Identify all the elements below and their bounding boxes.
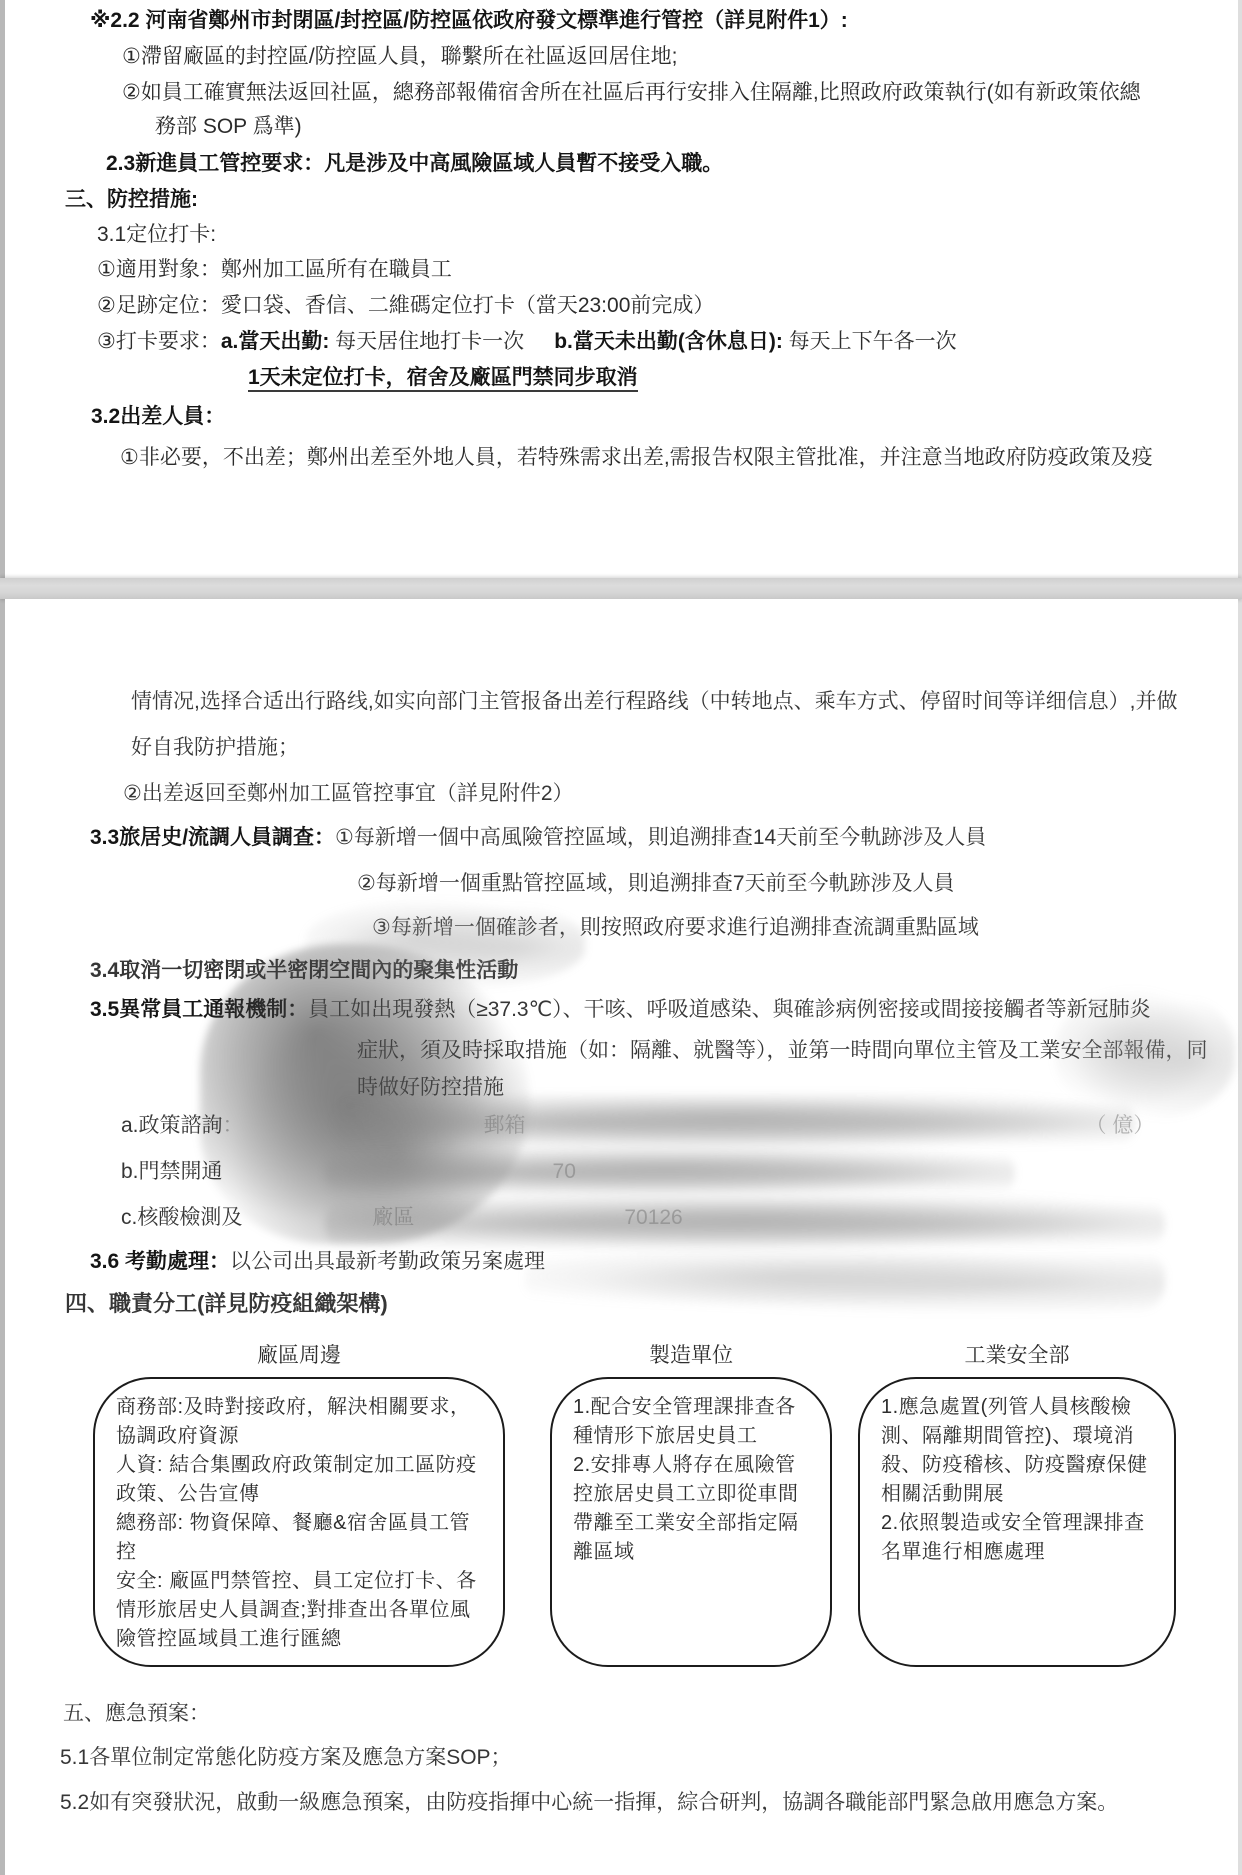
contact-b-faint-number: 70 [553, 1160, 576, 1183]
section-2-2-item-1: ①滯留廠區的封控區/防控區人員，聯繫所在社區返回居住地; [122, 42, 678, 72]
travel-item-2: ②出差返回至鄭州加工區管控事宜（詳見附件2） [123, 779, 574, 809]
item-3-b-label: b.當天未出勤(含休息日): [554, 330, 783, 353]
section-3-3-item-3: ③每新增一個確診者，則按照政府要求進行追溯排查流調重點區域 [372, 913, 979, 943]
contact-c-label: c.核酸檢測及 [121, 1206, 242, 1229]
contact-b-label: b.門禁開通 [121, 1160, 223, 1183]
contact-c-faint-number: 70126 [624, 1206, 682, 1229]
section-3-6-text: 以公司出具最新考勤政策另案處理 [230, 1250, 545, 1273]
section-5-2-line: 5.2如有突發狀況，啟動一級應急預案，由防疫指揮中心統一指揮，綜合研判，協調各職… [60, 1788, 1118, 1818]
page-break-separator [0, 578, 1242, 599]
section-3-5-label: 3.5異常員工通報機制： [90, 998, 308, 1021]
section-3-5-line-1: 3.5異常員工通報機制：員工如出現發熱（≥37.3℃）、干咳、呼吸道感染、與確診… [90, 995, 1151, 1025]
contact-a-faint-end: （ 億） [1086, 1114, 1155, 1137]
underlined-note-text: 1天未定位打卡，宿舍及廠區門禁同步取消 [248, 366, 638, 392]
item-3-prefix: ③打卡要求： [97, 330, 221, 353]
section-3-3-item-2: ②每新增一個重點管控區域，則追溯排查7天前至今軌跡涉及人員 [357, 869, 955, 899]
section-3-5-line-3: 時做好防控措施 [357, 1073, 504, 1103]
section-2-2-item-2-line-1: ②如員工確實無法返回社區，總務部報備宿舍所在社區后再行安排入住隔離,比照政府政策… [122, 78, 1141, 108]
section-3-1-item-1: ①適用對象：鄭州加工區所有在職員工 [97, 255, 452, 285]
section-3-3-line: 3.3旅居史/流調人員調查：①每新增一個中高風險管控區域，則追溯排查14天前至今… [90, 823, 986, 853]
item-3-a-label: a.當天出勤: [221, 330, 330, 353]
section-5-1-line: 5.1各單位制定常態化防疫方案及應急方案SOP； [60, 1743, 512, 1773]
item-3-a-text: 每天居住地打卡一次 [329, 330, 524, 353]
travel-continued-line-2: 好自我防护措施； [131, 733, 299, 763]
section-3-6-line: 3.6 考勤處理：以公司出具最新考勤政策另案處理 [90, 1247, 545, 1277]
contact-c-faint-factory: 廠區 [372, 1206, 414, 1229]
page-1: ※2.2 河南省鄭州市封閉區/封控區/防控區依政府發文標準進行管控（詳見附件1）… [5, 0, 1238, 578]
travel-continued-line-1: 情情况,选择合适出行路线,如实向部门主管报备出差行程路线（中转地点、乘车方式、停… [131, 687, 1178, 717]
redaction-smudge-below-c [525, 1247, 1165, 1313]
section-2-2-heading: ※2.2 河南省鄭州市封閉區/封控區/防控區依政府發文標準進行管控（詳見附件1）… [90, 6, 848, 36]
section-3-heading: 三、防控措施: [65, 185, 198, 215]
contact-a-faint-mailbox: 郵箱 [484, 1114, 526, 1137]
contact-a-label: a.政策諮詢 [121, 1114, 223, 1137]
section-3-2-item-1: ①非必要，不出差；鄭州出差至外地人員，若特殊需求出差,需报告权限主管批准，并注意… [120, 443, 1153, 473]
org-box-manufacturing: 1.配合安全管理課排查各種情形下旅居史員工 2.安排專人將存在風險管控旅居史員工… [550, 1377, 832, 1667]
section-3-5-text-1: 員工如出現發熱（≥37.3℃）、干咳、呼吸道感染、與確診病例密接或間接接觸者等新… [308, 998, 1150, 1021]
org-column-2-header: 製造單位 [550, 1339, 832, 1369]
document-scan: ※2.2 河南省鄭州市封閉區/封控區/防控區依政府發文標準進行管控（詳見附件1）… [0, 0, 1242, 1875]
section-3-5-line-2: 症狀，須及時採取措施（如：隔離、就醫等），並第一時間向單位主管及工業安全部報備，… [357, 1036, 1208, 1066]
scan-edge-right [1238, 0, 1242, 1875]
section-3-1-item-3: ③打卡要求：a.當天出勤: 每天居住地打卡一次b.當天未出勤(含休息日): 每天… [97, 327, 957, 357]
org-box-industrial-safety: 1.應急處置(列管人員核酸檢測、隔離期間管控)、環境消殺、防疫稽核、防疫醫療保健… [858, 1377, 1176, 1667]
section-5-heading: 五、應急預案： [63, 1699, 210, 1729]
org-box-2-item: 2.安排專人將存在風險管控旅居史員工立即從車間帶離至工業安全部指定隔離區域 [573, 1451, 809, 1567]
contact-line-c: c.核酸檢測及廠區70126 [121, 1203, 683, 1233]
org-box-1-item: 安全: 廠區門禁管控、員工定位打卡、各情形旅居史人員調查;對排查出各單位風險管控… [116, 1567, 482, 1654]
contact-a-colon: ： [223, 1114, 244, 1137]
org-box-3-item: 1.應急處置(列管人員核酸檢測、隔離期間管控)、環境消殺、防疫稽核、防疫醫療保健… [881, 1393, 1153, 1509]
item-3-b-text: 每天上下午各一次 [783, 330, 957, 353]
org-column-1-header: 廠區周邊 [93, 1339, 505, 1369]
org-box-3-item: 2.依照製造或安全管理課排查名單進行相應處理 [881, 1509, 1153, 1567]
section-2-2-item-2-line-2: 務部 SOP 爲準) [155, 112, 302, 142]
punch-card-warning-note: 1天未定位打卡，宿舍及廠區門禁同步取消 [248, 363, 638, 393]
org-box-2-item: 1.配合安全管理課排查各種情形下旅居史員工 [573, 1393, 809, 1451]
section-3-2-heading: 3.2出差人員： [91, 402, 225, 432]
section-3-1-item-2: ②足跡定位：愛口袋、香信、二維碼定位打卡（當天23:00前完成） [97, 291, 714, 321]
org-column-3-header: 工業安全部 [858, 1339, 1176, 1369]
org-box-1-item: 總務部: 物資保障、餐廳&宿舍區員工管控 [116, 1509, 482, 1567]
section-3-4-heading: 3.4取消一切密閉或半密閉空間內的聚集性活動 [90, 956, 518, 986]
responsibility-org-chart: 廠區周邊 商務部:及時對接政府，解決相關要求，協調政府資源 人資: 結合集團政府… [5, 1339, 1238, 1669]
section-3-6-label: 3.6 考勤處理： [90, 1250, 230, 1273]
page-2: 情情况,选择合适出行路线,如实向部门主管报备出差行程路线（中转地点、乘车方式、停… [5, 599, 1238, 1875]
contact-line-a: a.政策諮詢：郵箱（ 億） [121, 1111, 1154, 1141]
section-2-3-heading: 2.3新進員工管控要求：凡是涉及中高風險區域人員暫不接受入職。 [106, 149, 723, 179]
org-box-factory-perimeter: 商務部:及時對接政府，解決相關要求，協調政府資源 人資: 結合集團政府政策制定加… [93, 1377, 505, 1667]
section-3-3-item-1: ①每新增一個中高風險管控區域，則追溯排查14天前至今軌跡涉及人員 [335, 826, 986, 849]
org-box-1-item: 人資: 結合集團政府政策制定加工區防疫政策、公告宣傳 [116, 1451, 482, 1509]
org-box-1-item: 商務部:及時對接政府，解決相關要求，協調政府資源 [116, 1393, 482, 1451]
section-3-3-label: 3.3旅居史/流調人員調查： [90, 826, 335, 849]
section-4-heading: 四、職責分工(詳見防疫組織架構) [65, 1289, 388, 1319]
contact-line-b: b.門禁開通70 [121, 1157, 576, 1187]
section-3-1-heading: 3.1定位打卡: [97, 220, 216, 250]
